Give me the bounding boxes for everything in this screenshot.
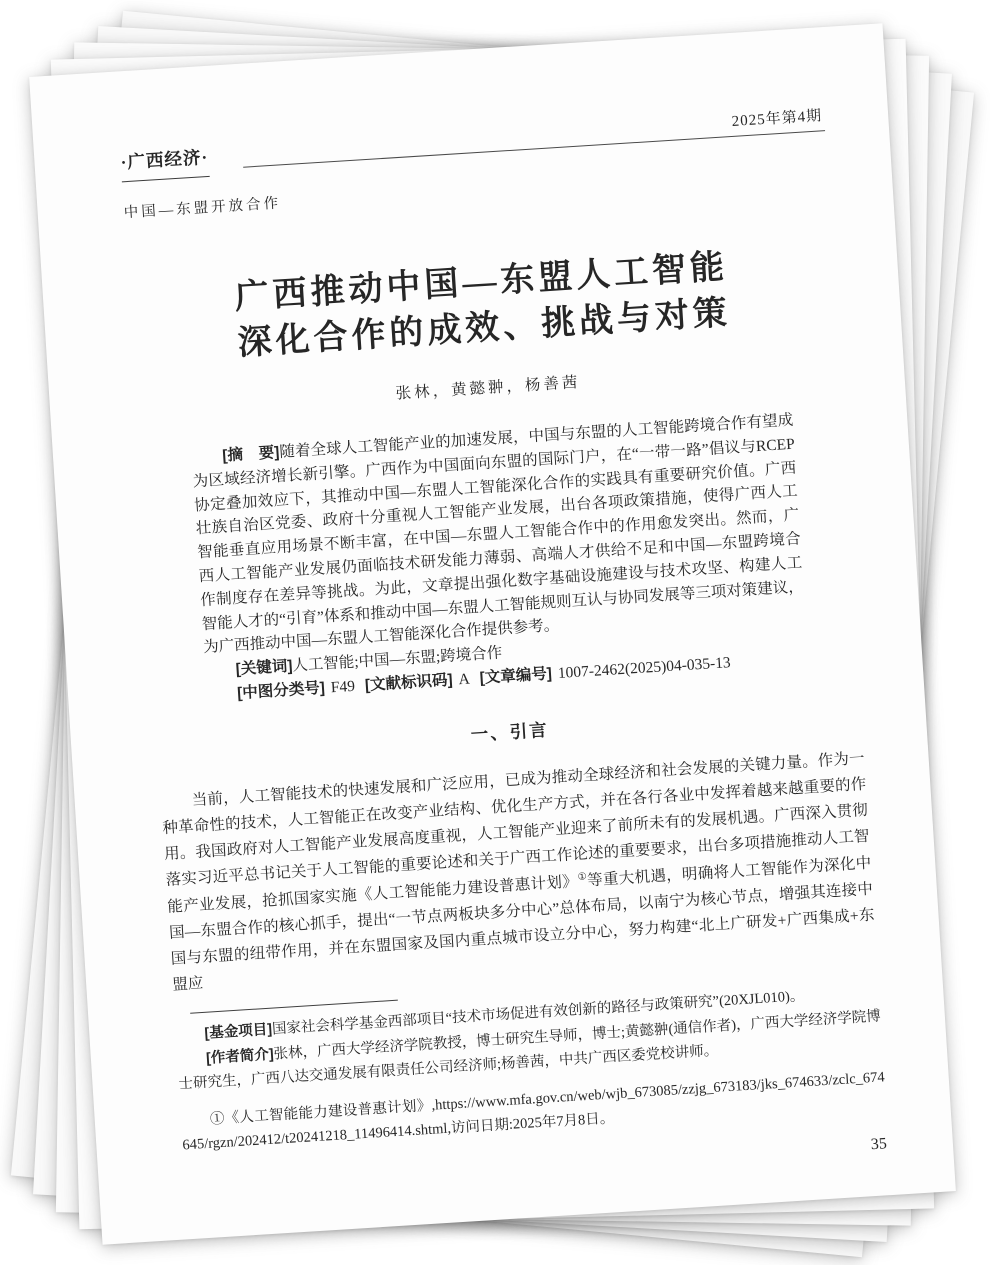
- bio-label: [作者简介]: [206, 1046, 275, 1066]
- abstract-paragraph: [摘 要]随着全球人工智能产业的加速发展，中国与东盟的人工智能跨境合作有望成为区…: [191, 409, 806, 661]
- fund-label: [基金项目]: [204, 1022, 273, 1042]
- doc-code-label: [文献标识码]: [364, 672, 453, 694]
- page-content: ·广西经济· 2025年第4期 中国—东盟开放合作 广西推动中国—东盟人工智能 …: [29, 23, 956, 1244]
- abstract-block: [摘 要]随着全球人工智能产业的加速发展，中国与东盟的人工智能跨境合作有望成为区…: [191, 409, 809, 708]
- journal-section-name: ·广西经济·: [120, 144, 210, 182]
- article-id-label: [文章编号]: [479, 665, 552, 687]
- abstract-label: [摘 要]: [222, 444, 280, 465]
- paper-stack: ·广西经济· 2025年第4期 中国—东盟开放合作 广西推动中国—东盟人工智能 …: [0, 0, 990, 1265]
- issue-date: 2025年第4期: [731, 104, 823, 131]
- article-title: 广西推动中国—东盟人工智能 深化合作的成效、挑战与对策: [128, 238, 837, 374]
- page-number: 35: [870, 1135, 887, 1154]
- journal-page: ·广西经济· 2025年第4期 中国—东盟开放合作 广西推动中国—东盟人工智能 …: [29, 23, 956, 1244]
- abstract-text: 随着全球人工智能产业的加速发展，中国与东盟的人工智能跨境合作有望成为区域经济增长…: [192, 412, 804, 657]
- doc-code-value: A: [458, 671, 470, 689]
- keywords-label: [关键词]: [235, 658, 293, 679]
- clc-value: F49: [330, 678, 355, 696]
- clc-label: [中图分类号]: [237, 680, 326, 702]
- body-paragraph: 当前，人工智能技术的快速发展和广泛应用，已成为推动全球经济和社会发展的关键力量。…: [160, 746, 877, 999]
